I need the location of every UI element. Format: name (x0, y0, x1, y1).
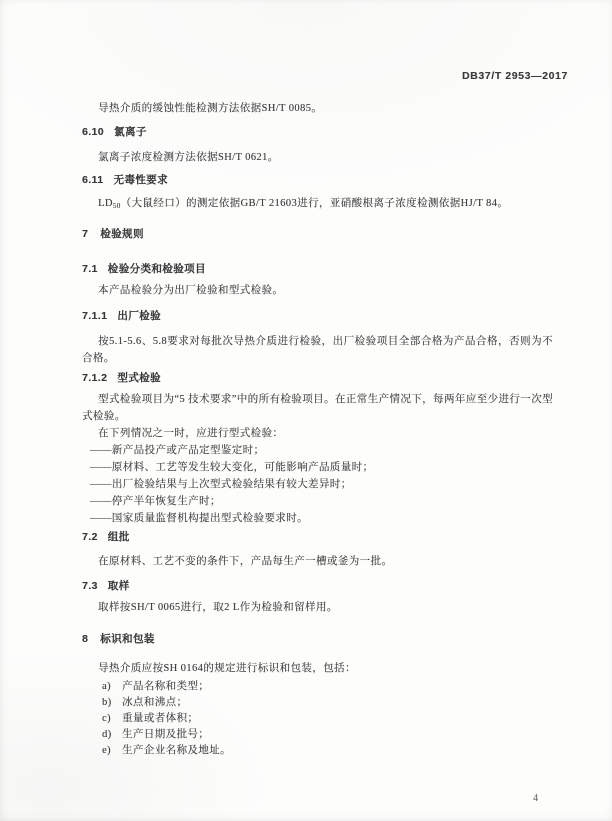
list-item-condition-5: ——国家质量监督机构提出型式检验要求时。 (90, 510, 553, 527)
heading-8-marking-packaging: 8标识和包装 (82, 631, 553, 648)
list-text: 生产企业名称及地址。 (122, 743, 553, 759)
list-item-labeling-c: c)重量或者体积； (102, 711, 553, 727)
heading-7-1-classification: 7.1检验分类和检验项目 (82, 261, 553, 278)
paragraph-7-1: 本产品检验分为出厂检验和型式检验。 (82, 282, 553, 299)
heading-title: 检验分类和检验项目 (108, 263, 206, 275)
heading-title: 型式检验 (117, 372, 161, 384)
paragraph-corrosion-method: 导热介质的缓蚀性能检测方法依据SH/T 0085。 (82, 100, 553, 117)
list-marker: e) (102, 743, 122, 759)
list-item-condition-1: ——新产品投产或产品定型鉴定时； (90, 442, 553, 459)
ld50-subscript: 50 (113, 202, 121, 210)
heading-7-3-sampling: 7.3取样 (82, 578, 553, 595)
paragraph-8: 导热介质应按SH 0164的规定进行标识和包装，包括： (82, 660, 553, 677)
heading-7-1-2-type-inspection: 7.1.2型式检验 (82, 370, 553, 387)
paragraph-7-1-2a: 型式检验项目为“5 技术要求”中的所有检验项目。在正常生产情况下，每两年应至少进… (82, 391, 553, 425)
list-marker: b) (102, 695, 122, 711)
heading-number: 7.1.1 (82, 308, 107, 325)
paragraph-7-2: 在原材料、工艺不变的条件下，产品每生产一槽或釜为一批。 (82, 553, 553, 570)
heading-7-2-batching: 7.2组批 (82, 529, 553, 546)
paragraph-ld50: LD50（大鼠经口）的测定依据GB/T 21603进行，亚硝酸根离子浓度检测依据… (82, 195, 553, 212)
list-item-labeling-a: a)产品名称和类型； (102, 679, 553, 695)
heading-title: 组批 (108, 531, 130, 543)
list-marker: d) (102, 727, 122, 743)
list-item-condition-2: ——原材料、工艺等发生较大变化，可能影响产品质量时； (90, 459, 553, 476)
heading-title: 氯离子 (114, 126, 147, 138)
list-item-labeling-d: d)生产日期及批号； (102, 727, 553, 743)
ld50-rest: （大鼠经口）的测定依据GB/T 21603进行，亚硝酸根离子浓度检测依据HJ/T… (121, 198, 509, 209)
page-number: 4 (533, 793, 538, 804)
heading-number: 6.11 (82, 172, 103, 189)
document-page: DB37/T 2953—2017 导热介质的缓蚀性能检测方法依据SH/T 008… (0, 0, 612, 821)
heading-title: 取样 (108, 580, 130, 592)
ld50-base: LD (98, 198, 113, 209)
labeling-item-list: a)产品名称和类型； b)冰点和沸点； c)重量或者体积； d)生产日期及批号；… (102, 679, 553, 759)
list-item-condition-3: ——出厂检验结果与上次型式检验结果有较大差异时； (90, 476, 553, 493)
list-text: 冰点和沸点； (122, 695, 553, 711)
doc-code: DB37/T 2953—2017 (462, 70, 568, 82)
heading-number: 7.3 (82, 578, 98, 595)
heading-number: 7.2 (82, 529, 98, 546)
heading-7-1-1-factory-inspection: 7.1.1出厂检验 (82, 308, 553, 325)
heading-number: 7 (82, 226, 88, 243)
list-item-labeling-e: e)生产企业名称及地址。 (102, 743, 553, 759)
heading-title: 检验规则 (100, 228, 144, 240)
paragraph-7-1-1: 按5.1-5.6、5.8要求对每批次导热介质进行检验，出厂检验项目全部合格为产品… (82, 333, 553, 367)
list-item-labeling-b: b)冰点和沸点； (102, 695, 553, 711)
heading-number: 6.10 (82, 124, 104, 141)
heading-title: 无毒性要求 (113, 174, 168, 186)
heading-number: 8 (82, 631, 88, 648)
list-item-condition-4: ——停产半年恢复生产时； (90, 493, 553, 510)
list-marker: a) (102, 679, 122, 695)
heading-title: 标识和包装 (100, 633, 155, 645)
paragraph-7-3: 取样按SH/T 0065进行，取2 L作为检验和留样用。 (82, 599, 553, 616)
paragraph-7-1-2b: 在下列情况之一时，应进行型式检验： (82, 425, 553, 442)
heading-number: 7.1.2 (82, 370, 107, 387)
list-text: 重量或者体积； (122, 711, 553, 727)
heading-6-10-chloride: 6.10氯离子 (82, 124, 553, 141)
heading-number: 7.1 (82, 261, 98, 278)
list-text: 产品名称和类型； (122, 679, 553, 695)
type-test-condition-list: ——新产品投产或产品定型鉴定时； ——原材料、工艺等发生较大变化，可能影响产品质… (90, 442, 553, 527)
list-marker: c) (102, 711, 122, 727)
list-text: 生产日期及批号； (122, 727, 553, 743)
paragraph-chloride-method: 氯离子浓度检测方法依据SH/T 0621。 (82, 149, 553, 166)
heading-title: 出厂检验 (117, 310, 161, 322)
heading-6-11-nontoxicity: 6.11无毒性要求 (82, 172, 553, 189)
heading-7-inspection-rules: 7检验规则 (82, 226, 553, 243)
